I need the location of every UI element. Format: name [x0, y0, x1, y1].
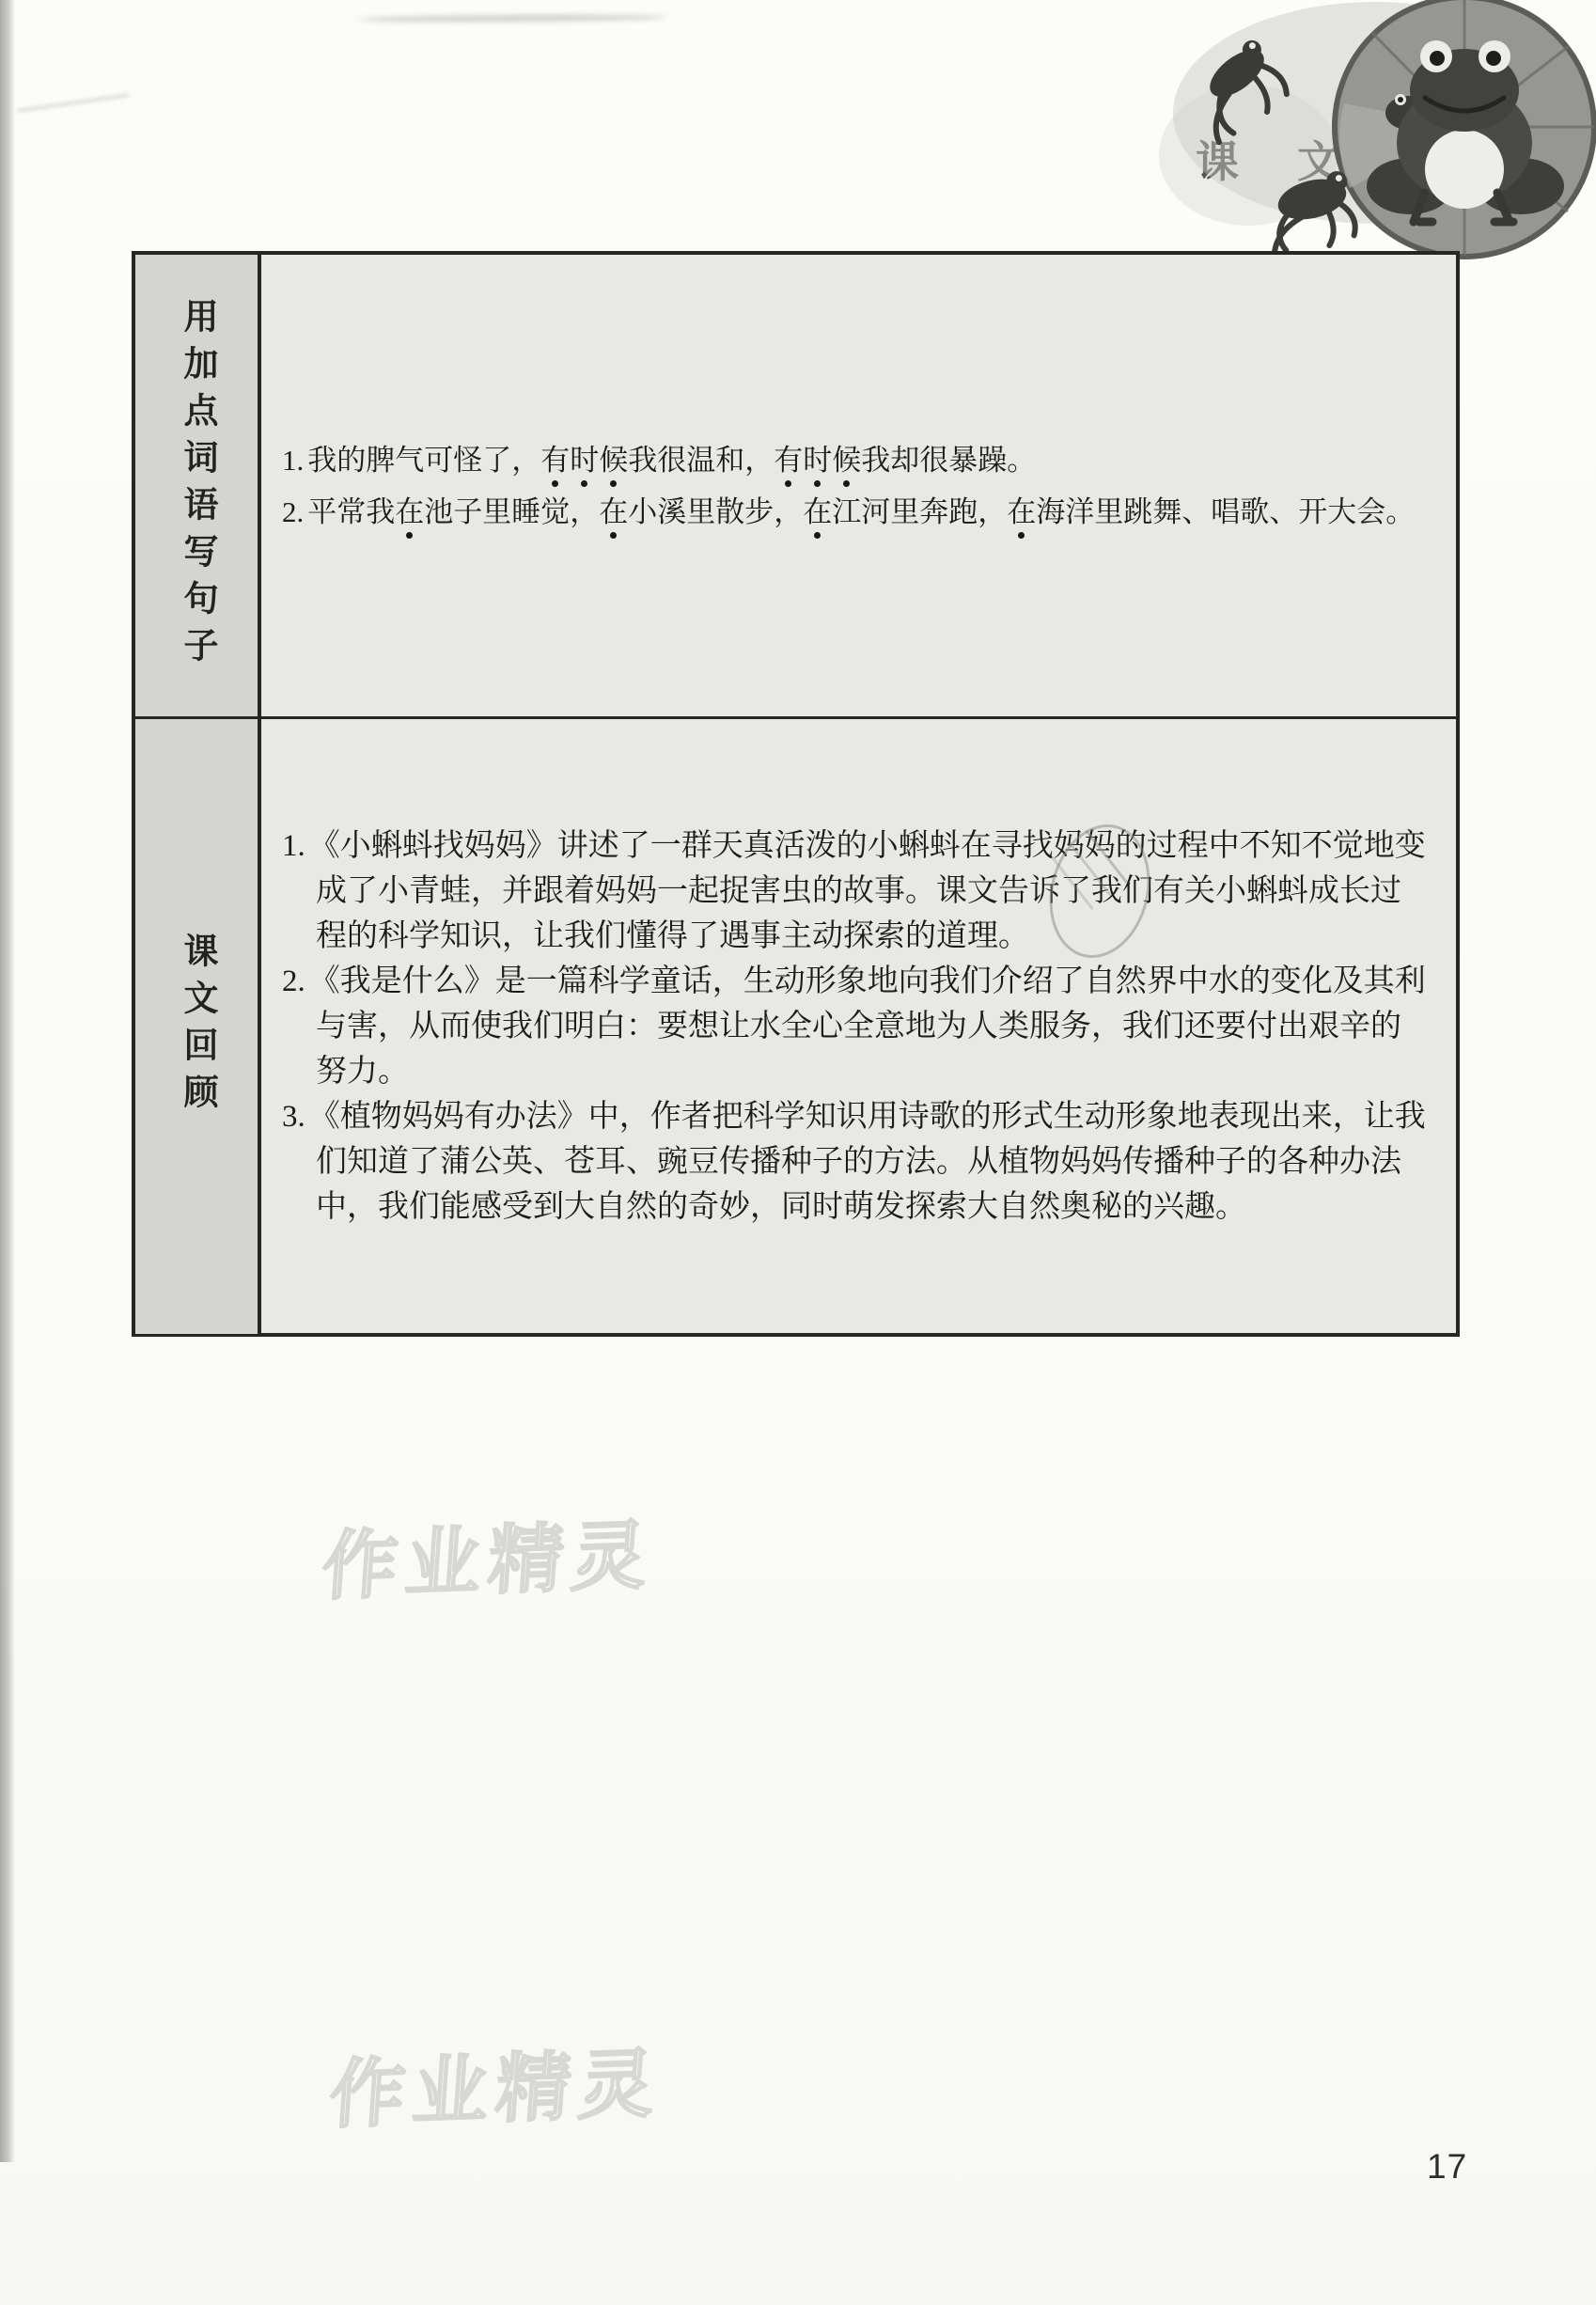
watermark-text: 作业精灵 [326, 2023, 665, 2142]
review-text: 《小蝌蚪找妈妈》讲述了一群天真活泼的小蝌蚪在寻找妈妈的过程中不知不觉地变成了小青… [309, 829, 1426, 953]
row-content-cell: 1.我的脾气可怪了，有时候我很温和，有时候我却很暴躁。 2.平常我在池子里睡觉，… [261, 255, 1456, 716]
table-row-sentences: 用加点词语写句子 1.我的脾气可怪了，有时候我很温和，有时候我却很暴躁。 2.平… [135, 255, 1456, 719]
row-label-cell: 用加点词语写句子 [135, 255, 261, 716]
sentence-text: 我的脾气可怪了，有时候我很温和，有时候我却很暴躁。 [307, 444, 1036, 477]
row-label-cell: 课文回顾 [135, 719, 261, 1334]
table-row-review: 课文回顾 1.《小蝌蚪找妈妈》讲述了一群天真活泼的小蝌蚪在寻找妈妈的过程中不知不… [135, 719, 1456, 1334]
scan-scratch [17, 94, 129, 113]
frogs-illustration [1126, 0, 1596, 263]
review-item: 2.《我是什么》是一篇科学童话，生动形象地向我们介绍了自然界中水的变化及其利与害… [282, 959, 1432, 1094]
scan-top-smudge [357, 14, 667, 23]
scan-edge-shadow [0, 0, 15, 2162]
workbook-page: 课文 [0, 0, 1596, 2305]
watermark-text: 作业精灵 [319, 1495, 658, 1614]
review-item: 1.《小蝌蚪找妈妈》讲述了一群天真活泼的小蝌蚪在寻找妈妈的过程中不知不觉地变成了… [282, 823, 1432, 959]
review-text: 《我是什么》是一篇科学童话，生动形象地向我们介绍了自然界中水的变化及其利与害，从… [309, 964, 1426, 1089]
item-number: 1. [282, 829, 305, 863]
sentence-item: 2.平常我在池子里睡觉，在小溪里散步，在江河里奔跑，在海洋里跳舞、唱歌、开大会。 [282, 486, 1432, 538]
item-number: 2. [282, 495, 304, 528]
item-number: 1. [282, 444, 304, 477]
row-label: 用加点词语写句子 [171, 298, 222, 674]
item-number: 2. [282, 964, 305, 998]
row-label: 课文回顾 [171, 933, 222, 1121]
page-number: 17 [1427, 2147, 1467, 2187]
review-text: 《植物妈妈有办法》中，作者把科学知识用诗歌的形式生动形象地表现出来，让我们知道了… [309, 1100, 1426, 1224]
review-item: 3.《植物妈妈有办法》中，作者把科学知识用诗歌的形式生动形象地表现出来，让我们知… [282, 1094, 1432, 1230]
item-number: 3. [282, 1100, 305, 1134]
sentence-item: 1.我的脾气可怪了，有时候我很温和，有时候我却很暴躁。 [282, 434, 1432, 486]
sentence-text: 平常我在池子里睡觉，在小溪里散步，在江河里奔跑，在海洋里跳舞、唱歌、开大会。 [307, 495, 1415, 528]
exercise-table: 用加点词语写句子 1.我的脾气可怪了，有时候我很温和，有时候我却很暴躁。 2.平… [132, 251, 1460, 1337]
row-content-cell: 1.《小蝌蚪找妈妈》讲述了一群天真活泼的小蝌蚪在寻找妈妈的过程中不知不觉地变成了… [261, 719, 1456, 1334]
